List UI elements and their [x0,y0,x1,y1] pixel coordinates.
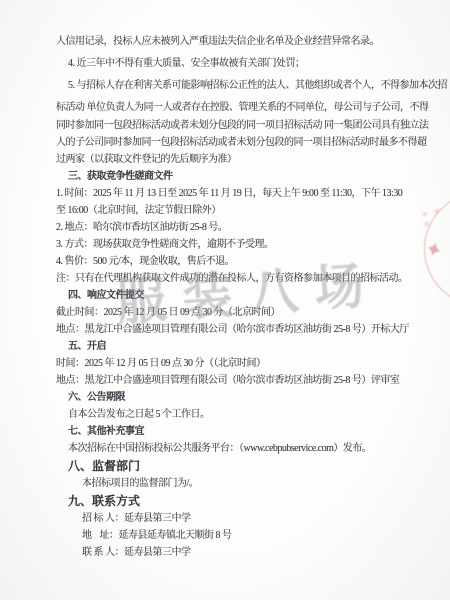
text-line: 至 16:00（北京时间，法定节假日除外） [56,203,414,219]
text-line: 八、监督部门 [56,458,414,475]
text-line: 本招标项目的监督部门为/。 [56,476,414,492]
stamp-marks: ✳ ✳ ✳ [420,206,450,241]
text-line: 六、公告期限 [56,390,414,406]
text-line: 截止时间：2025 年 12 月 05 日 09 点 30 分（北京时间） [56,305,414,321]
text-line: 2. 地点：哈尔滨市香坊区油坊街 25-8 号。 [56,220,414,236]
text-line: 人信用记录，投标人应未被列入严重违法失信企业名单及企业经营异常名录。 [56,34,414,50]
text-line: 地点：黑龙江中合盛逵项目管理有限公司（哈尔滨市香坊区油坊街 25-8 号）开标大… [56,322,414,338]
text-line: 自本公告发布之日起 5 个工作日。 [56,407,414,423]
text-line: 注：只有在代理机构获取文件成功的潜在投标人，方有资格参加本项目的招标活动。 [56,271,414,287]
document-body: 人信用记录，投标人应未被列入严重违法失信企业名单及企业经营异常名录。4. 近三年… [56,34,414,562]
text-line: 三、获取竞争性磋商文件 [56,169,414,185]
scanned-document-page: 人信用记录，投标人应未被列入严重违法失信企业名单及企业经营异常名录。4. 近三年… [0,0,450,600]
text-line: 五、开启 [56,339,414,355]
text-line: 过两家（以获取文件登记的先后顺序为准） [56,152,414,168]
text-line: 地点：黑龙江中合盛逵项目管理有限公司（哈尔滨市香坊区油坊街 25-8 号）评审室 [56,373,414,389]
text-line: 4. 近三年中不得有重大质量、安全事故被有关部门处罚； [56,56,414,72]
text-line: 七、其他补充事宜 [56,424,414,440]
text-line: 四、响应文件提交 [56,288,414,304]
text-line: 同时参加同一包段招标活动或者未划分包段的同一项目招标活动 同一集团公司具有独立法 [56,118,414,134]
text-line: 联 系 人：延寿县第三中学 [56,545,414,561]
text-line: 招 标 人：延寿县第三中学 [56,511,414,527]
text-line: 九、联系方式 [56,493,414,510]
text-line: 本次招标在中国招标投标公共服务平台：（www.cebpubservice.com… [56,441,414,457]
text-line: 时间：2025 年 12 月 05 日 09 点 30 分（（北京时间） [56,356,414,372]
text-line: 3. 方式：现场获取竞争性磋商文件，逾期不予受理。 [56,237,414,253]
text-line: 5. 与招标人存在利害关系可能影响招标公正性的法人、其他组织或者个人，不得参加本… [56,78,414,94]
text-line: 4. 售价：500 元/本，现金收取，售后不退。 [56,254,414,270]
text-line: 人的子公司同时参加同一包段招标活动或者未划分包段的同一项目招标活动时最多不得超 [56,135,414,151]
text-line: 标活动 单位负责人为同一人或者存在控股、管理关系的不同单位，母公司与子公司，不得 [56,100,414,116]
text-line: 地 址：延寿县延寿镇北天顺街 8 号 [56,528,414,544]
text-line: 1. 时间：2025 年 11 月 13 日至 2025 年 11 月 19 日… [56,186,414,202]
